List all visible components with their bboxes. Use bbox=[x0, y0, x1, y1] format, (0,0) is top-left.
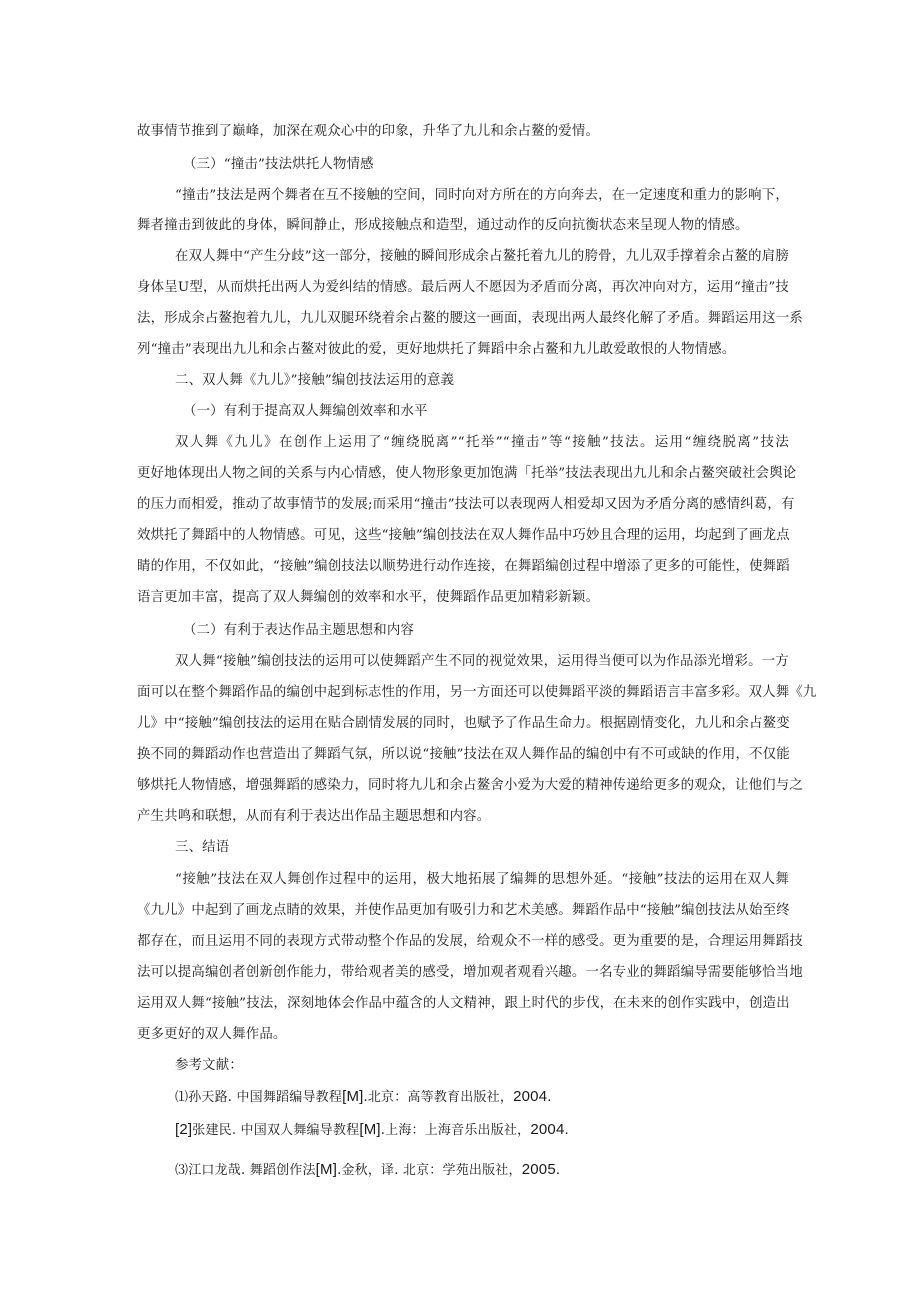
subsection-heading: （二）有利于表达作品主题思想和内容 bbox=[183, 623, 835, 639]
reference-text: 江口龙哉. 舞蹈创作法 bbox=[188, 1163, 315, 1178]
reference-item: [2]张建民. 中国双人舞编导教程[M].上海：上海音乐出版社，2004. bbox=[175, 1122, 827, 1139]
paragraph-line: 双人舞“接触”编创技法的运用可以使舞蹈产生不同的视觉效果，运用得当便可以为作品添… bbox=[175, 654, 789, 670]
reference-publisher: .北京：高等教育出版社， bbox=[364, 1090, 514, 1105]
section-heading: 三、结语 bbox=[175, 840, 827, 856]
paragraph-line: “接触”技法在双人舞创作过程中的运用，极大地拓展了编舞的思想外延。“接触”技法的… bbox=[175, 872, 789, 888]
paragraph-line: 睛的作用，不仅如此，“接触”编创技法以顺势进行动作连接，在舞蹈编创过程中增添了更… bbox=[137, 559, 789, 575]
paragraph-line: 面可以在整个舞蹈作品的编创中起到标志性的作用，另一方面还可以使舞蹈平淡的舞蹈语言… bbox=[137, 685, 789, 701]
paragraph-line: 《九儿》中起到了画龙点睛的效果，并使作品更加有吸引力和艺术美感。舞蹈作品中“接触… bbox=[137, 903, 789, 919]
reference-year: 2004. bbox=[513, 1088, 552, 1105]
paragraph-line: 列“撞击”表现出九儿和余占鳌对彼此的爱，更好地烘托了舞蹈中余占鳌和九儿敢爱敢恨的… bbox=[137, 342, 789, 358]
reference-type: [M] bbox=[316, 1161, 337, 1178]
paragraph-line: 效烘托了舞蹈中的人物情感。可见，这些“接触”编创技法在双人舞作品中巧妙且合理的运… bbox=[137, 528, 789, 544]
paragraph-line: 法，形成余占鳌抱着九儿，九儿双腿环绕着余占鳌的腰这一画面，表现出两人最终化解了矛… bbox=[137, 311, 789, 327]
reference-number: ⑶ bbox=[175, 1163, 188, 1178]
reference-item: ⑶江口龙哉. 舞蹈创作法[M].金秋，译. 北京：学苑出版社，2005. bbox=[175, 1162, 827, 1179]
reference-number: [2] bbox=[175, 1121, 192, 1138]
paragraph-line: “撞击”技法是两个舞者在互不接触的空间，同时向对方所在的方向奔去，在一定速度和重… bbox=[175, 188, 789, 204]
document-page: 故事情节推到了巅峰，加深在观众心中的印象，升华了九儿和余占鳌的爱情。 （三）“撞… bbox=[0, 0, 920, 1301]
reference-year: 2005. bbox=[522, 1161, 561, 1178]
paragraph-line: 更多更好的双人舞作品。 bbox=[137, 1027, 789, 1043]
paragraph-line: 换不同的舞蹈动作也营造出了舞蹈气氛，所以说“接触”技法在双人舞作品的编创中有不可… bbox=[137, 747, 789, 763]
paragraph-line: 双人舞《九儿》在创作上运用了“缠绕脱离”“托举”“撞击”等“接触”技法。运用“缠… bbox=[175, 435, 789, 451]
reference-publisher: .金秋，译. 北京：学苑出版社， bbox=[337, 1163, 522, 1178]
paragraph-line: 都存在，而且运用不同的表现方式带动整个作品的发展，给观众不一样的感受。更为重要的… bbox=[137, 934, 789, 950]
subsection-heading: （一）有利于提高双人舞编创效率和水平 bbox=[183, 404, 835, 420]
reference-type: [M] bbox=[342, 1088, 363, 1105]
paragraph-line: 儿》中“接触”编创技法的运用在贴合剧情发展的同时，也赋予了作品生命力。根据剧情变… bbox=[137, 716, 789, 732]
paragraph-line: 舞者撞击到彼此的身体，瞬间静止，形成接触点和造型，通过动作的反向抗衡状态来呈现人… bbox=[137, 218, 789, 234]
reference-publisher: .上海：上海音乐出版社， bbox=[381, 1123, 531, 1138]
paragraph-line: 语言更加丰富，提高了双人舞编创的效率和水平，使舞蹈作品更加精彩新颖。 bbox=[137, 590, 789, 606]
reference-text: 孙天路. 中国舞蹈编导教程 bbox=[188, 1090, 342, 1105]
paragraph-line: 产生共鸣和联想，从而有利于表达出作品主题思想和内容。 bbox=[137, 809, 789, 825]
section-heading: （三）“撞击”技法烘托人物情感 bbox=[183, 157, 835, 173]
section-heading: 二、双人舞《九儿》”接触”编创技法运用的意義 bbox=[175, 373, 827, 389]
paragraph-line: 身体呈U型，从而烘托出两人为爱纠结的情感。最后两人不愿因为矛盾而分离，再次冲向对… bbox=[137, 280, 789, 296]
reference-text: 张建民. 中国双人舞编导教程 bbox=[192, 1123, 359, 1138]
paragraph-line: 法可以提高编创者创新创作能力，带给观者美的感受，增加观者观看兴趣。一名专业的舞蹈… bbox=[137, 965, 789, 981]
paragraph-line: 运用双人舞“接触”技法，深刻地体会作品中蕴含的人文精神，跟上时代的步伐，在未来的… bbox=[137, 996, 789, 1012]
reference-type: [M] bbox=[359, 1121, 380, 1138]
paragraph-line: 在双人舞中“产生分歧”这一部分，接触的瞬间形成余占鳌托着九儿的胯骨，九儿双手撑着… bbox=[175, 249, 789, 265]
reference-year: 2004. bbox=[530, 1121, 569, 1138]
reference-number: ⑴ bbox=[175, 1090, 188, 1105]
paragraph-line: 更好地体现出人物之间的关系与内心情感，使人物形象更加饱满「托举”技法表现出九儿和… bbox=[137, 466, 789, 482]
references-heading: 参考文献： bbox=[175, 1058, 827, 1074]
paragraph-line: 够烘托人物情感，增强舞蹈的感染力，同时将九儿和余占鳌舍小爱为大爱的精神传递给更多… bbox=[137, 778, 789, 794]
paragraph-line: 故事情节推到了巅峰，加深在观众心中的印象，升华了九儿和余占鳌的爱情。 bbox=[137, 124, 789, 140]
paragraph-line: 的压力而相爱，推动了故事情节的发展;而采用“撞击”技法可以表现两人相爱却又因为矛… bbox=[137, 497, 789, 513]
reference-item: ⑴孙天路. 中国舞蹈编导教程[M].北京：高等教育出版社，2004. bbox=[175, 1089, 827, 1106]
